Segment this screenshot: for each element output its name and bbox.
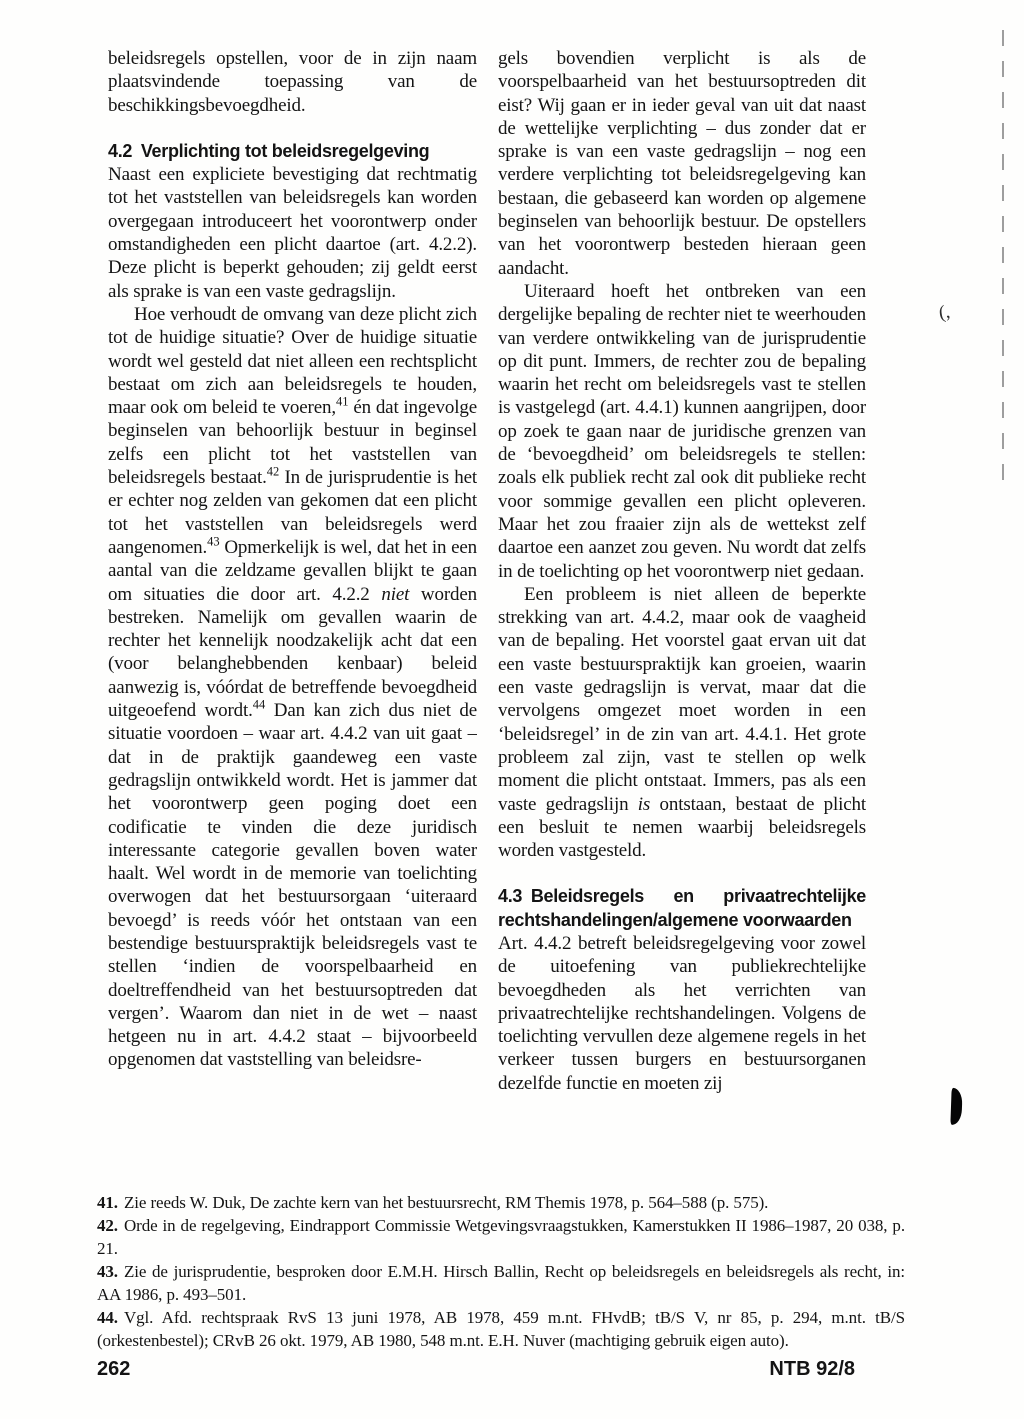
footnotes: 41.Zie reeds W. Duk, De zachte kern van … — [97, 1191, 905, 1352]
footer: 262 NTB 92/8 — [97, 1358, 855, 1381]
footnote-number: 43. — [97, 1262, 118, 1281]
text-run: Een probleem is niet alleen de beperkte … — [498, 584, 866, 815]
column-left: beleidsregels opstellen, voor de in zijn… — [108, 47, 477, 1151]
margin-pencil-mark: (, — [938, 301, 952, 324]
text-run: 4.3 Beleidsregels en privaatrechtelijke — [498, 885, 866, 908]
page-number: 262 — [97, 1358, 130, 1381]
footnote-number: 42. — [97, 1216, 118, 1235]
footnote-number: 44. — [97, 1308, 118, 1327]
footnote-reference: 43 — [207, 535, 220, 549]
body-paragraph: gels bovendien verplicht is als de voors… — [498, 47, 866, 280]
body-paragraph: beleidsregels opstellen, voor de in zijn… — [108, 47, 477, 117]
body-paragraph: Uiteraard hoeft het ontbreken van een de… — [498, 280, 866, 583]
footnote: 43.Zie de jurisprudentie, besproken door… — [97, 1260, 905, 1306]
footnote-text: Zie de jurisprudentie, besproken door E.… — [97, 1262, 905, 1304]
text-run: is — [638, 794, 650, 815]
footnote: 44.Vgl. Afd. rechtspraak RvS 13 juni 197… — [97, 1306, 905, 1352]
body-paragraph: Hoe verhoudt de omvang van deze plicht z… — [108, 303, 477, 1072]
footnote-text: Vgl. Afd. rechtspraak RvS 13 juni 1978, … — [97, 1308, 905, 1350]
footnote-text: Orde in de regelgeving, Eindrapport Comm… — [97, 1216, 905, 1258]
margin-dashed-line — [1002, 30, 1004, 495]
section-heading: 4.3 Beleidsregels en privaatrechtelijker… — [498, 885, 866, 932]
text-run: beleidsregels opstellen, voor de in zijn… — [108, 48, 477, 116]
footnote-reference: 41 — [336, 395, 349, 409]
text-run: rechtshandelingen/algemene voorwaarden — [498, 909, 866, 932]
text-run: Dan kan zich dus niet de situatie voordo… — [108, 700, 477, 1070]
journal-ref: NTB 92/8 — [769, 1358, 855, 1381]
column-right: gels bovendien verplicht is als de voors… — [498, 47, 866, 1151]
body-paragraph: Een probleem is niet alleen de beperkte … — [498, 583, 866, 863]
section-heading: 4.2 Verplichting tot beleidsregelgeving — [108, 140, 477, 163]
text-run: Naast een expliciete bevestiging dat rec… — [108, 164, 477, 301]
text-run: Art. 4.4.2 betreft beleidsregelgeving vo… — [498, 933, 866, 1094]
text-run: Uiteraard hoeft het ontbreken van een de… — [498, 281, 866, 582]
text-run: gels bovendien verplicht is als de voors… — [498, 48, 866, 279]
ink-blot-mark — [950, 1088, 962, 1125]
body-paragraph: Art. 4.4.2 betreft beleidsregelgeving vo… — [498, 932, 866, 1095]
footnote-text: Zie reeds W. Duk, De zachte kern van het… — [124, 1193, 768, 1212]
footnote-number: 41. — [97, 1193, 118, 1212]
footnote: 41.Zie reeds W. Duk, De zachte kern van … — [97, 1191, 905, 1214]
page: beleidsregels opstellen, voor de in zijn… — [0, 0, 1024, 1419]
footnote-reference: 44 — [253, 698, 266, 712]
footnote: 42.Orde in de regelgeving, Eindrapport C… — [97, 1214, 905, 1260]
footnote-reference: 42 — [267, 465, 280, 479]
body-paragraph: Naast een expliciete bevestiging dat rec… — [108, 163, 477, 303]
text-run: niet — [381, 584, 409, 605]
text-run: 4.2 Verplichting tot beleidsregelgeving — [108, 141, 429, 161]
